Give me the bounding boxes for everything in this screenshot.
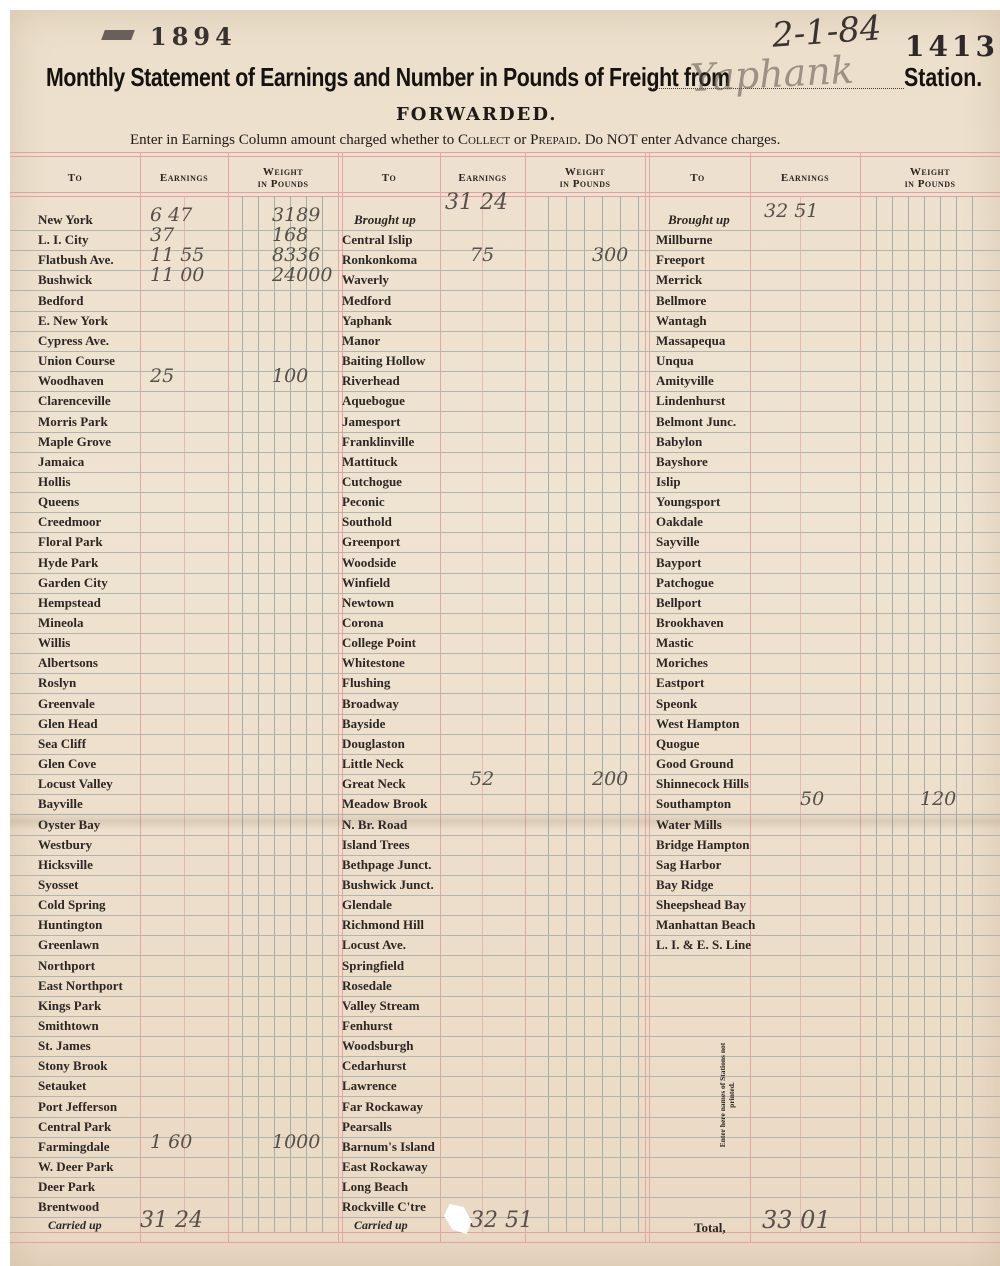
- station-label: Barnum's Island: [342, 1139, 435, 1155]
- station-label: Brookhaven: [656, 615, 724, 631]
- station-label: Albertsons: [38, 655, 98, 671]
- station-label: West Hampton: [656, 716, 739, 732]
- blank-stations-note-text: Enter here names of Stations not printed…: [718, 1040, 736, 1150]
- row-rule: [10, 532, 1000, 533]
- earnings-entry: 6 47: [150, 204, 192, 226]
- station-label: Baiting Hollow: [342, 353, 425, 369]
- station-label: Manor: [342, 333, 380, 349]
- form-title: Monthly Statement of Earnings and Number…: [46, 62, 730, 93]
- station-label: Lindenhurst: [656, 393, 725, 409]
- station-label: Cutchogue: [342, 474, 402, 490]
- weight-line2: in Pounds: [860, 178, 1000, 190]
- column-header-to: To: [10, 172, 140, 184]
- station-label: Garden City: [38, 575, 108, 591]
- carried-up-value: 32 51: [470, 1208, 533, 1233]
- station-label: Newtown: [342, 595, 394, 611]
- station-label: Maple Grove: [38, 434, 111, 450]
- row-rule: [10, 633, 1000, 634]
- red-column-rule: [440, 152, 441, 1242]
- station-label: Southold: [342, 514, 392, 530]
- station-label: Freeport: [656, 252, 705, 268]
- red-column-rule: [525, 152, 526, 1242]
- row-rule: [10, 996, 1000, 997]
- station-label: Huntington: [38, 917, 102, 933]
- station-label: Queens: [38, 494, 79, 510]
- station-label: Woodhaven: [38, 373, 104, 389]
- weight-entry: 168: [272, 224, 308, 246]
- station-label: Farmingdale: [38, 1139, 110, 1155]
- station-label: Valley Stream: [342, 998, 420, 1014]
- row-rule: [10, 774, 1000, 775]
- total-value: 33 01: [762, 1206, 831, 1234]
- station-label: Water Mills: [656, 817, 722, 833]
- station-label: Manhattan Beach: [656, 917, 755, 933]
- weight-entry: 3189: [272, 204, 320, 226]
- station-label: Glendale: [342, 897, 392, 913]
- station-label: Pearsalls: [342, 1119, 392, 1135]
- station-label: Floral Park: [38, 534, 103, 550]
- station-label: Massapequa: [656, 333, 725, 349]
- station-label: Island Trees: [342, 837, 410, 853]
- row-rule: [10, 472, 1000, 473]
- station-label: Greenlawn: [38, 937, 99, 953]
- earnings-entry: 52: [470, 768, 494, 790]
- station-label: Westbury: [38, 837, 92, 853]
- column-header-weight: Weightin Pounds: [525, 166, 645, 190]
- row-rule: [10, 653, 1000, 654]
- red-column-rule: [645, 152, 646, 1242]
- station-label: Northport: [38, 958, 95, 974]
- station-label: Mastic: [656, 635, 694, 651]
- brought-up-value: 31 24: [445, 190, 508, 215]
- station-label: St. James: [38, 1038, 91, 1054]
- row-rule: [10, 673, 1000, 674]
- total-label: Total,: [694, 1220, 726, 1236]
- station-label: Jamesport: [342, 414, 401, 430]
- row-rule: [10, 593, 1000, 594]
- station-label: Little Neck: [342, 756, 404, 772]
- station-label: Syosset: [38, 877, 78, 893]
- station-label: Bellport: [656, 595, 702, 611]
- column-header-to: To: [645, 172, 750, 184]
- weight-entry: 24000: [272, 264, 332, 286]
- earnings-entry: 11 00: [150, 264, 204, 286]
- row-rule: [10, 391, 1000, 392]
- station-label: Morris Park: [38, 414, 108, 430]
- earnings-entry: 25: [150, 365, 174, 387]
- station-label: Winfield: [342, 575, 390, 591]
- row-rule: [10, 714, 1000, 715]
- station-label: New York: [38, 212, 93, 228]
- station-label: Long Beach: [342, 1179, 408, 1195]
- red-column-rule: [338, 152, 339, 1242]
- station-label: Bellmore: [656, 293, 706, 309]
- station-label: L. I. & E. S. Line: [656, 937, 751, 953]
- form-year: 1894: [150, 22, 237, 51]
- station-label: Patchogue: [656, 575, 714, 591]
- station-label: Central Islip: [342, 232, 412, 248]
- station-label: Meadow Brook: [342, 796, 427, 812]
- earnings-entry: 37: [150, 224, 174, 246]
- station-label: Bridge Hampton: [656, 837, 750, 853]
- column-header-weight: Weightin Pounds: [228, 166, 338, 190]
- row-rule: [10, 1056, 1000, 1057]
- station-label: Great Neck: [342, 776, 406, 792]
- prepaid-term: Prepaid: [530, 132, 577, 148]
- station-label: Woodside: [342, 555, 396, 571]
- station-label: Bushwick Junct.: [342, 877, 434, 893]
- row-rule: [10, 573, 1000, 574]
- collect-term: Collect: [458, 132, 510, 148]
- carried-up-label: Carried up: [354, 1218, 408, 1233]
- row-rule: [10, 512, 1000, 513]
- row-rule: [10, 331, 1000, 332]
- subtitle-forwarded: FORWARDED.: [396, 104, 558, 125]
- station-suffix: Station.: [904, 62, 982, 93]
- weight-line1: Weight: [228, 166, 338, 178]
- column-header-to: To: [338, 172, 440, 184]
- station-label: Cypress Ave.: [38, 333, 109, 349]
- station-label: Millburne: [656, 232, 712, 248]
- station-label: Smithtown: [38, 1018, 99, 1034]
- row-rule: [10, 351, 1000, 352]
- station-label: Bayport: [656, 555, 702, 571]
- column-header-weight: Weightin Pounds: [860, 166, 1000, 190]
- station-label: Stony Brook: [38, 1058, 107, 1074]
- station-label: Union Course: [38, 353, 115, 369]
- row-rule: [10, 895, 1000, 896]
- station-label: Rockville C'tre: [342, 1199, 426, 1215]
- station-label: Whitestone: [342, 655, 405, 671]
- station-label: Springfield: [342, 958, 404, 974]
- station-label: Richmond Hill: [342, 917, 424, 933]
- station-label: Bedford: [38, 293, 84, 309]
- red-column-rule: [649, 152, 650, 1242]
- blank-stations-note: Enter here names of Stations not printed…: [712, 1042, 740, 1152]
- station-label: Islip: [656, 474, 681, 490]
- red-column-rule: [860, 152, 861, 1242]
- instructions-text: Enter in Earnings Column amount charged …: [130, 132, 458, 148]
- row-rule: [10, 613, 1000, 614]
- station-label: Roslyn: [38, 675, 76, 691]
- station-label: Good Ground: [656, 756, 733, 772]
- station-label: East Rockaway: [342, 1159, 428, 1175]
- station-label: Medford: [342, 293, 391, 309]
- station-label: College Point: [342, 635, 416, 651]
- station-name-handwritten[interactable]: Yaphank: [689, 48, 855, 101]
- row-rule: [10, 311, 1000, 312]
- brought-up-value: 32 51: [764, 200, 818, 222]
- instructions-or: or: [510, 132, 530, 148]
- row-rule: [10, 1177, 1000, 1178]
- carried-up-label: Carried up: [48, 1218, 102, 1233]
- station-label: Deer Park: [38, 1179, 95, 1195]
- station-label: Oakdale: [656, 514, 703, 530]
- weight-entry: 8336: [272, 244, 320, 266]
- station-label: Locust Valley: [38, 776, 113, 792]
- station-label: Corona: [342, 615, 384, 631]
- station-label: Franklinville: [342, 434, 414, 450]
- row-rule: [10, 915, 1000, 916]
- station-label: Far Rockaway: [342, 1099, 423, 1115]
- station-label: Merrick: [656, 272, 702, 288]
- row-rule: [10, 1076, 1000, 1077]
- row-rule: [10, 552, 1000, 553]
- red-rule: [10, 1242, 1000, 1243]
- station-label: Central Park: [38, 1119, 111, 1135]
- station-label: Glen Head: [38, 716, 98, 732]
- station-label: Shinnecock Hills: [656, 776, 749, 792]
- earnings-entry: 75: [470, 244, 494, 266]
- earnings-entry: 50: [800, 788, 824, 810]
- row-rule: [10, 1197, 1000, 1198]
- station-label: East Northport: [38, 978, 123, 994]
- station-label: Hollis: [38, 474, 71, 490]
- station-label: Unqua: [656, 353, 694, 369]
- station-label: Speonk: [656, 696, 697, 712]
- row-rule: [10, 754, 1000, 755]
- station-label: Clarenceville: [38, 393, 111, 409]
- station-label: Lawrence: [342, 1078, 397, 1094]
- earnings-entry: 1 60: [150, 1131, 192, 1153]
- station-label: Greenvale: [38, 696, 95, 712]
- station-label: Bushwick: [38, 272, 92, 288]
- red-column-rule: [228, 152, 229, 1242]
- weight-line1: Weight: [525, 166, 645, 178]
- station-label: Kings Park: [38, 998, 101, 1014]
- column-header-earnings: Earnings: [140, 172, 228, 184]
- station-label: Locust Ave.: [342, 937, 406, 953]
- station-label: Rosedale: [342, 978, 392, 994]
- station-label: N. Br. Road: [342, 817, 407, 833]
- station-label: Sag Harbor: [656, 857, 721, 873]
- row-rule: [10, 875, 1000, 876]
- station-label: Port Jefferson: [38, 1099, 117, 1115]
- station-label: Oyster Bay: [38, 817, 100, 833]
- weight-line2: in Pounds: [525, 178, 645, 190]
- row-rule: [10, 976, 1000, 977]
- station-label: Moriches: [656, 655, 708, 671]
- row-rule: [10, 835, 1000, 836]
- station-label: Brentwood: [38, 1199, 99, 1215]
- station-label: W. Deer Park: [38, 1159, 113, 1175]
- row-rule: [10, 693, 1000, 694]
- station-label: Setauket: [38, 1078, 86, 1094]
- station-label: Glen Cove: [38, 756, 96, 772]
- row-rule: [10, 432, 1000, 433]
- station-label: Amityville: [656, 373, 714, 389]
- station-label: Aquebogue: [342, 393, 405, 409]
- red-rule: [10, 156, 1000, 157]
- station-label: Southampton: [656, 796, 731, 812]
- station-label: Douglaston: [342, 736, 405, 752]
- station-label: Bethpage Junct.: [342, 857, 432, 873]
- earnings-entry: 11 55: [150, 244, 204, 266]
- station-label: Riverhead: [342, 373, 400, 389]
- weight-line2: in Pounds: [228, 178, 338, 190]
- station-label: Sayville: [656, 534, 699, 550]
- red-rule: [10, 152, 1000, 153]
- station-label: Willis: [38, 635, 70, 651]
- row-rule: [10, 1117, 1000, 1118]
- station-label: Mattituck: [342, 454, 398, 470]
- station-label: Hyde Park: [38, 555, 98, 571]
- station-label: Bay Ridge: [656, 877, 713, 893]
- weight-entry: 120: [920, 788, 956, 810]
- stamp-mark: [101, 30, 135, 40]
- station-label: Waverly: [342, 272, 389, 288]
- station-label: Cold Spring: [38, 897, 106, 913]
- red-column-rule: [750, 152, 751, 1242]
- brought-up-label: Brought up: [668, 212, 730, 228]
- ledger-grid: [10, 152, 1000, 1242]
- row-rule: [10, 794, 1000, 795]
- column-header-earnings: Earnings: [440, 172, 525, 184]
- column-header-earnings: Earnings: [750, 172, 860, 184]
- station-label: Sheepshead Bay: [656, 897, 746, 913]
- row-rule: [10, 935, 1000, 936]
- row-rule: [10, 1036, 1000, 1037]
- carried-up-value: 31 24: [140, 1208, 203, 1233]
- serial-number: 1413: [905, 30, 999, 63]
- instructions-suffix: . Do NOT enter Advance charges.: [577, 132, 780, 148]
- row-rule: [10, 452, 1000, 453]
- row-rule: [10, 492, 1000, 493]
- paper-fold: [10, 812, 1000, 830]
- station-label: Bayshore: [656, 454, 708, 470]
- station-label: Fenhurst: [342, 1018, 393, 1034]
- station-label: Wantagh: [656, 313, 707, 329]
- station-label: Greenport: [342, 534, 400, 550]
- station-label: Bayville: [38, 796, 83, 812]
- brought-up-label: Brought up: [354, 212, 416, 228]
- row-rule: [10, 855, 1000, 856]
- row-rule: [10, 1016, 1000, 1017]
- station-label: Quogue: [656, 736, 699, 752]
- station-label: Broadway: [342, 696, 399, 712]
- row-rule: [10, 734, 1000, 735]
- station-label: Sea Cliff: [38, 736, 86, 752]
- station-label: Cedarhurst: [342, 1058, 406, 1074]
- station-label: Eastport: [656, 675, 704, 691]
- row-rule: [10, 1157, 1000, 1158]
- station-label: Hempstead: [38, 595, 101, 611]
- station-label: Bayside: [342, 716, 385, 732]
- weight-entry: 300: [592, 244, 628, 266]
- weight-entry: 200: [592, 768, 628, 790]
- station-label: Flushing: [342, 675, 390, 691]
- station-label: Belmont Junc.: [656, 414, 736, 430]
- station-label: Woodsburgh: [342, 1038, 414, 1054]
- row-rule: [10, 1096, 1000, 1097]
- station-label: L. I. City: [38, 232, 89, 248]
- row-rule: [10, 411, 1000, 412]
- station-label: Creedmoor: [38, 514, 101, 530]
- station-label: Ronkonkoma: [342, 252, 417, 268]
- weight-entry: 100: [272, 365, 308, 387]
- station-label: Hicksville: [38, 857, 93, 873]
- weight-line1: Weight: [860, 166, 1000, 178]
- station-label: Flatbush Ave.: [38, 252, 114, 268]
- row-rule: [10, 290, 1000, 291]
- station-label: Jamaica: [38, 454, 84, 470]
- station-label: Peconic: [342, 494, 385, 510]
- station-label: Babylon: [656, 434, 702, 450]
- weight-entry: 1000: [272, 1131, 320, 1153]
- station-label: Youngsport: [656, 494, 720, 510]
- station-label: Mineola: [38, 615, 84, 631]
- instructions: Enter in Earnings Column amount charged …: [130, 132, 780, 149]
- red-column-rule: [140, 152, 141, 1242]
- station-label: Yaphank: [342, 313, 392, 329]
- row-rule: [10, 955, 1000, 956]
- station-label: E. New York: [38, 313, 108, 329]
